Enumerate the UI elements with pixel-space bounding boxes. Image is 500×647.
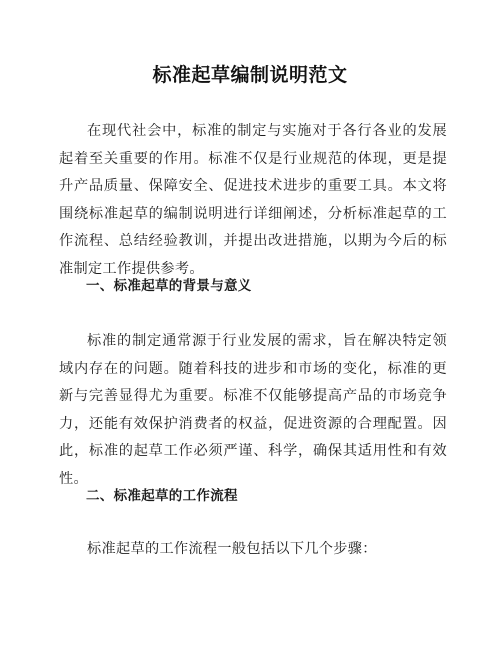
section-heading-workflow: 二、标准起草的工作流程 — [86, 484, 238, 504]
section-paragraph-workflow: 标准起草的工作流程一般包括以下几个步骤： — [59, 536, 447, 564]
section-heading-background: 一、标准起草的背景与意义 — [86, 274, 252, 294]
section-paragraph-background: 标准的制定通常源于行业发展的需求，旨在解决特定领域内存在的问题。随着科技的进步和… — [59, 328, 447, 493]
intro-paragraph: 在现代社会中，标准的制定与实施对于各行各业的发展起着至关重要的作用。标准不仅是行… — [59, 118, 447, 283]
document-page: 标准起草编制说明范文 在现代社会中，标准的制定与实施对于各行各业的发展起着至关重… — [0, 0, 500, 647]
document-title: 标准起草编制说明范文 — [0, 60, 500, 87]
